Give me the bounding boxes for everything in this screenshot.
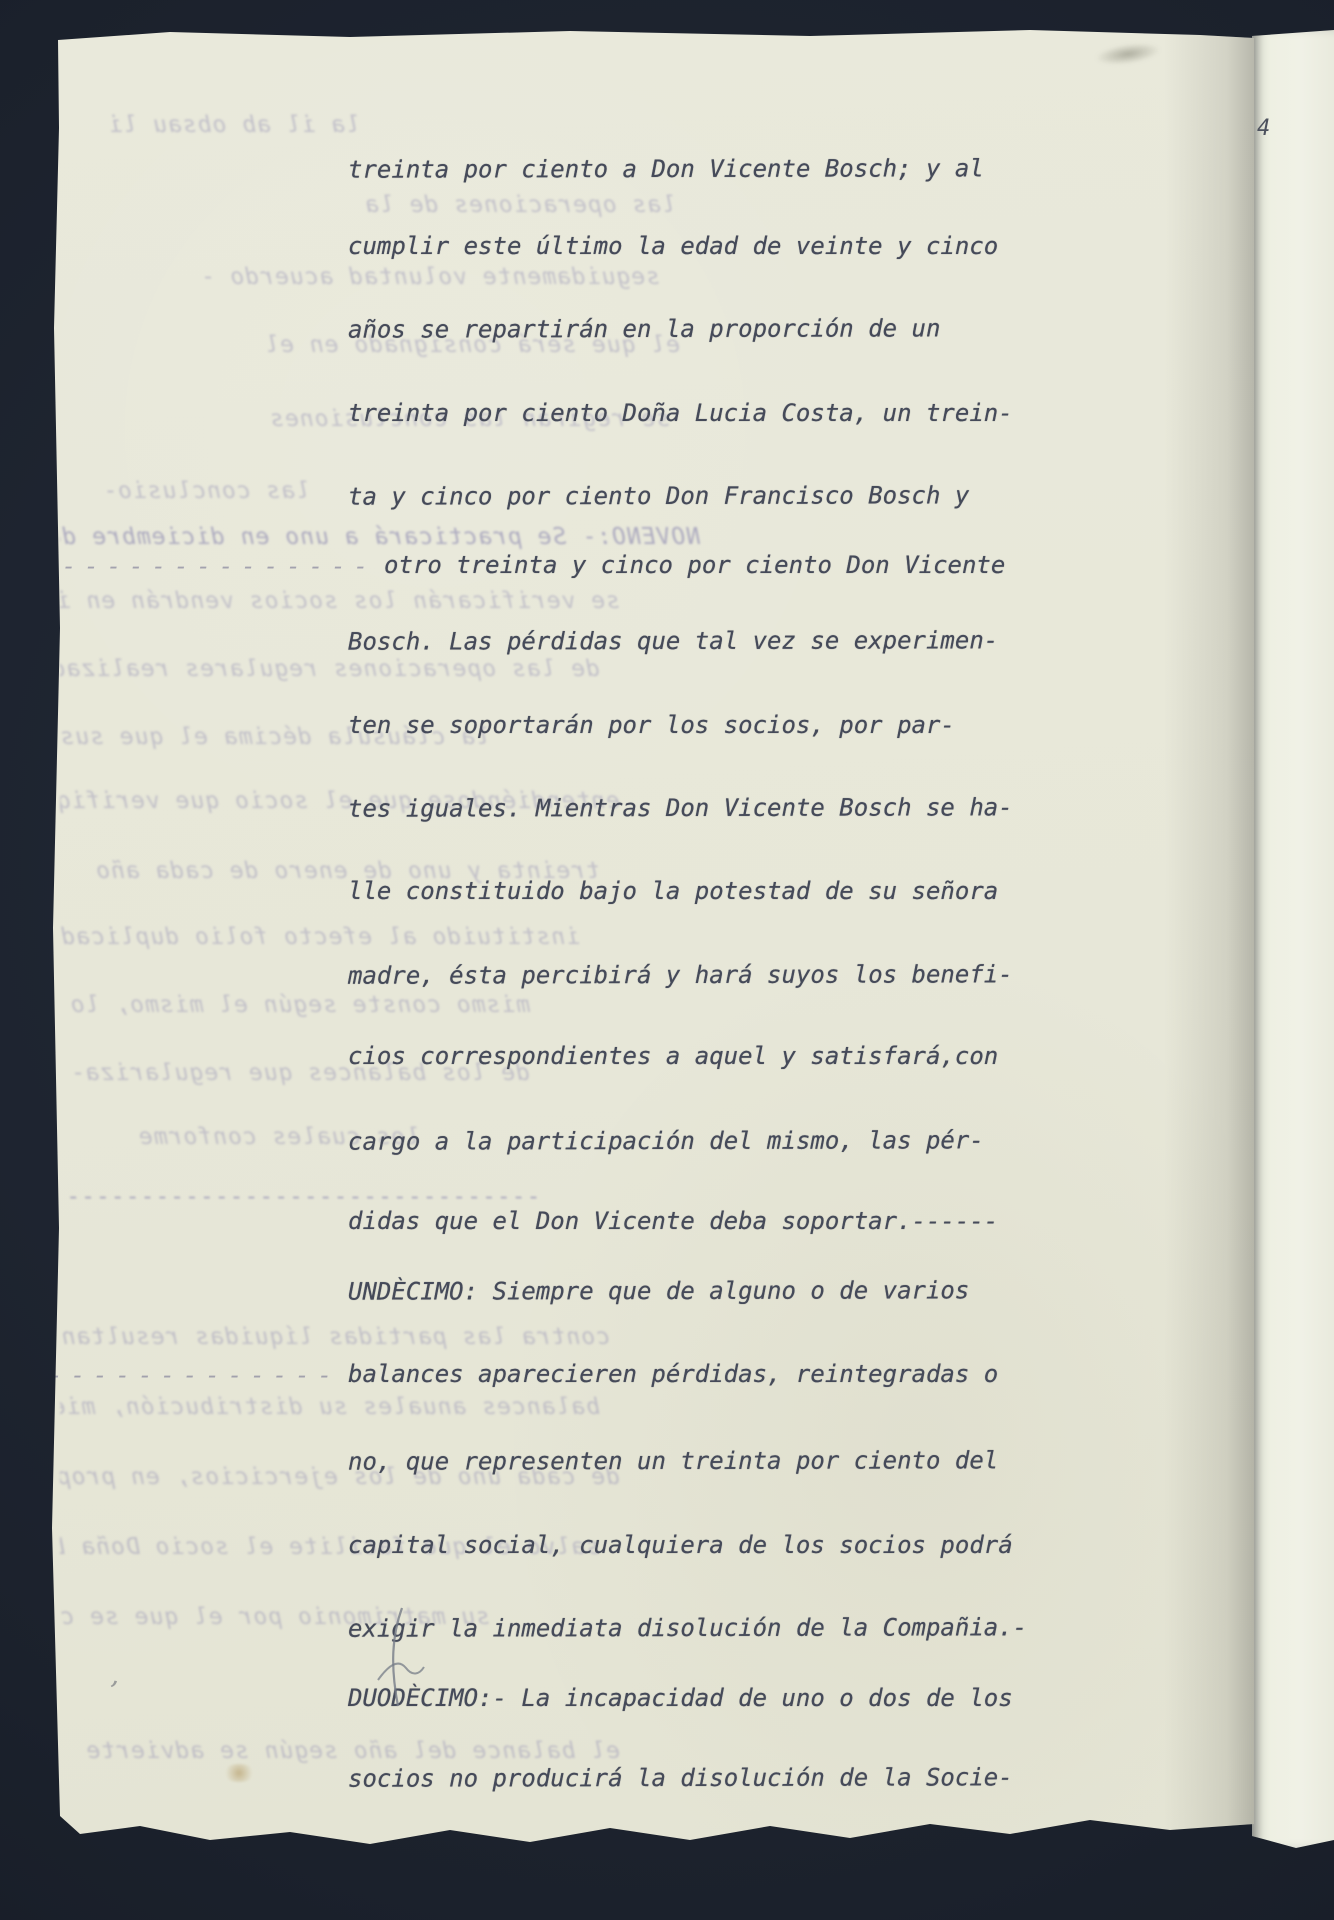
next-page-edge [1252, 30, 1334, 1848]
bleedthrough-text: balances anuales su distribución, mientr… [60, 1394, 600, 1420]
scanned-document-background: la il ab obsau lilas operaciones de lase… [0, 0, 1334, 1920]
typed-line-text: madre, ésta percibirá y hará suyos los b… [348, 960, 1013, 989]
bleedthrough-text: las conclusio- [60, 478, 310, 504]
typed-line: madre, ésta percibirá y hará suyos los b… [348, 960, 1013, 989]
typed-line: ---------------otro treinta y cinco por … [384, 551, 1005, 579]
margin-dashes: --------------- [39, 552, 384, 580]
page-gutter-shadow [1164, 28, 1254, 1850]
typed-line: cargo a la participación del mismo, las … [348, 1126, 984, 1155]
typed-line-text: treinta por ciento a Don Vicente Bosch; … [348, 154, 984, 183]
bleedthrough-text: seguidamente voluntad acuerdo - [60, 264, 660, 290]
bleedthrough-text: mismo conste según el mismo, lo aprueba … [60, 992, 530, 1018]
typed-line: didas que el Don Vicente deba soportar.-… [348, 1207, 998, 1235]
typed-line-text: capital social, cualquiera de los socios… [348, 1531, 1013, 1559]
typed-line-text: DUODÈCIMO:- La incapacidad de uno o dos … [348, 1684, 1013, 1712]
bleedthrough-text: la il ab obsau li [60, 112, 360, 138]
bleedthrough-text: las operaciones de la [96, 192, 676, 218]
margin-dashes: -------------- [26, 1361, 348, 1389]
typed-line-text: años se repartirán en la proporción de u… [348, 314, 940, 343]
typed-line-text: lle constituido bajo la potestad de su s… [348, 877, 998, 905]
typed-line-text: ten se soportarán por los socios, por pa… [348, 711, 955, 739]
typed-line: --------------balances aparecieren pérdi… [348, 1360, 998, 1388]
typed-line: tes iguales. Mientras Don Vicente Bosch … [348, 793, 1013, 822]
typed-line-text: treinta por ciento Doña Lucia Costa, un … [348, 399, 1013, 427]
typed-line-text: cargo a la participación del mismo, las … [348, 1126, 984, 1155]
typed-line-text: no, que representen un treinta por cient… [348, 1446, 998, 1475]
typed-line: Bosch. Las pérdidas que tal vez se exper… [348, 626, 998, 655]
typed-line-text: socios no producirá la disolución de la … [348, 1763, 1013, 1792]
paper-stain [222, 1764, 256, 1782]
typed-line: exigir la inmediata disolución de la Com… [348, 1613, 1027, 1642]
typed-line-text: ta y cinco por ciento Don Francisco Bosc… [348, 481, 969, 510]
page-number: 4 [1257, 116, 1270, 141]
bleedthrough-text: instituido al efecto folio duplicado sus… [60, 924, 580, 950]
bleedthrough-text: contra las partidas líquidas resultantes… [60, 1324, 610, 1350]
typed-line: ta y cinco por ciento Don Francisco Bosc… [348, 481, 969, 510]
typed-line: cios correspondientes a aquel y satisfar… [348, 1042, 998, 1070]
typed-line-text: UNDÈCIMO: Siempre que de alguno o de var… [348, 1276, 969, 1305]
typed-line: DUODÈCIMO:- La incapacidad de uno o dos … [348, 1684, 1013, 1712]
typed-line-text: didas que el Don Vicente deba soportar.-… [348, 1207, 998, 1235]
typed-line: no, que representen un treinta por cient… [348, 1446, 998, 1475]
typed-line: cumplir este último la edad de veinte y … [348, 232, 998, 260]
typed-line: años se repartirán en la proporción de u… [348, 314, 940, 343]
typed-line-text: cumplir este último la edad de veinte y … [348, 232, 998, 260]
typed-line-text: tes iguales. Mientras Don Vicente Bosch … [348, 793, 1013, 822]
bleedthrough-text: NOVENO:- Se practicará a uno en diciembr… [60, 524, 700, 550]
document-page: la il ab obsau lilas operaciones de lase… [50, 28, 1254, 1850]
typed-line: ten se soportarán por los socios, por pa… [348, 711, 955, 739]
typed-line: capital social, cualquiera de los socios… [348, 1531, 1013, 1559]
typed-line: treinta por ciento Doña Lucia Costa, un … [348, 399, 1013, 427]
bleedthrough-text: se verificarán los socios vendrán en inv… [60, 588, 620, 614]
typed-line-text: balances aparecieren pérdidas, reintegra… [348, 1360, 998, 1388]
typed-line-text: cios correspondientes a aquel y satisfar… [348, 1042, 998, 1070]
typed-line: treinta por ciento a Don Vicente Bosch; … [348, 154, 984, 183]
typed-line: UNDÈCIMO: Siempre que de alguno o de var… [348, 1276, 969, 1305]
typed-line-text: otro treinta y cinco por ciento Don Vice… [384, 551, 1005, 579]
bleedthrough-text: de las operaciones regulares realizadas … [60, 656, 600, 682]
typed-line: lle constituido bajo la potestad de su s… [348, 877, 998, 905]
pencil-check-mark [372, 1606, 428, 1710]
typed-line-text: Bosch. Las pérdidas que tal vez se exper… [348, 626, 998, 655]
typed-line-text: exigir la inmediata disolución de la Com… [348, 1613, 1027, 1642]
bleedthrough-text: el balance del año según se advierte [60, 1738, 620, 1764]
typed-line: socios no producirá la disolución de la … [348, 1763, 1013, 1792]
